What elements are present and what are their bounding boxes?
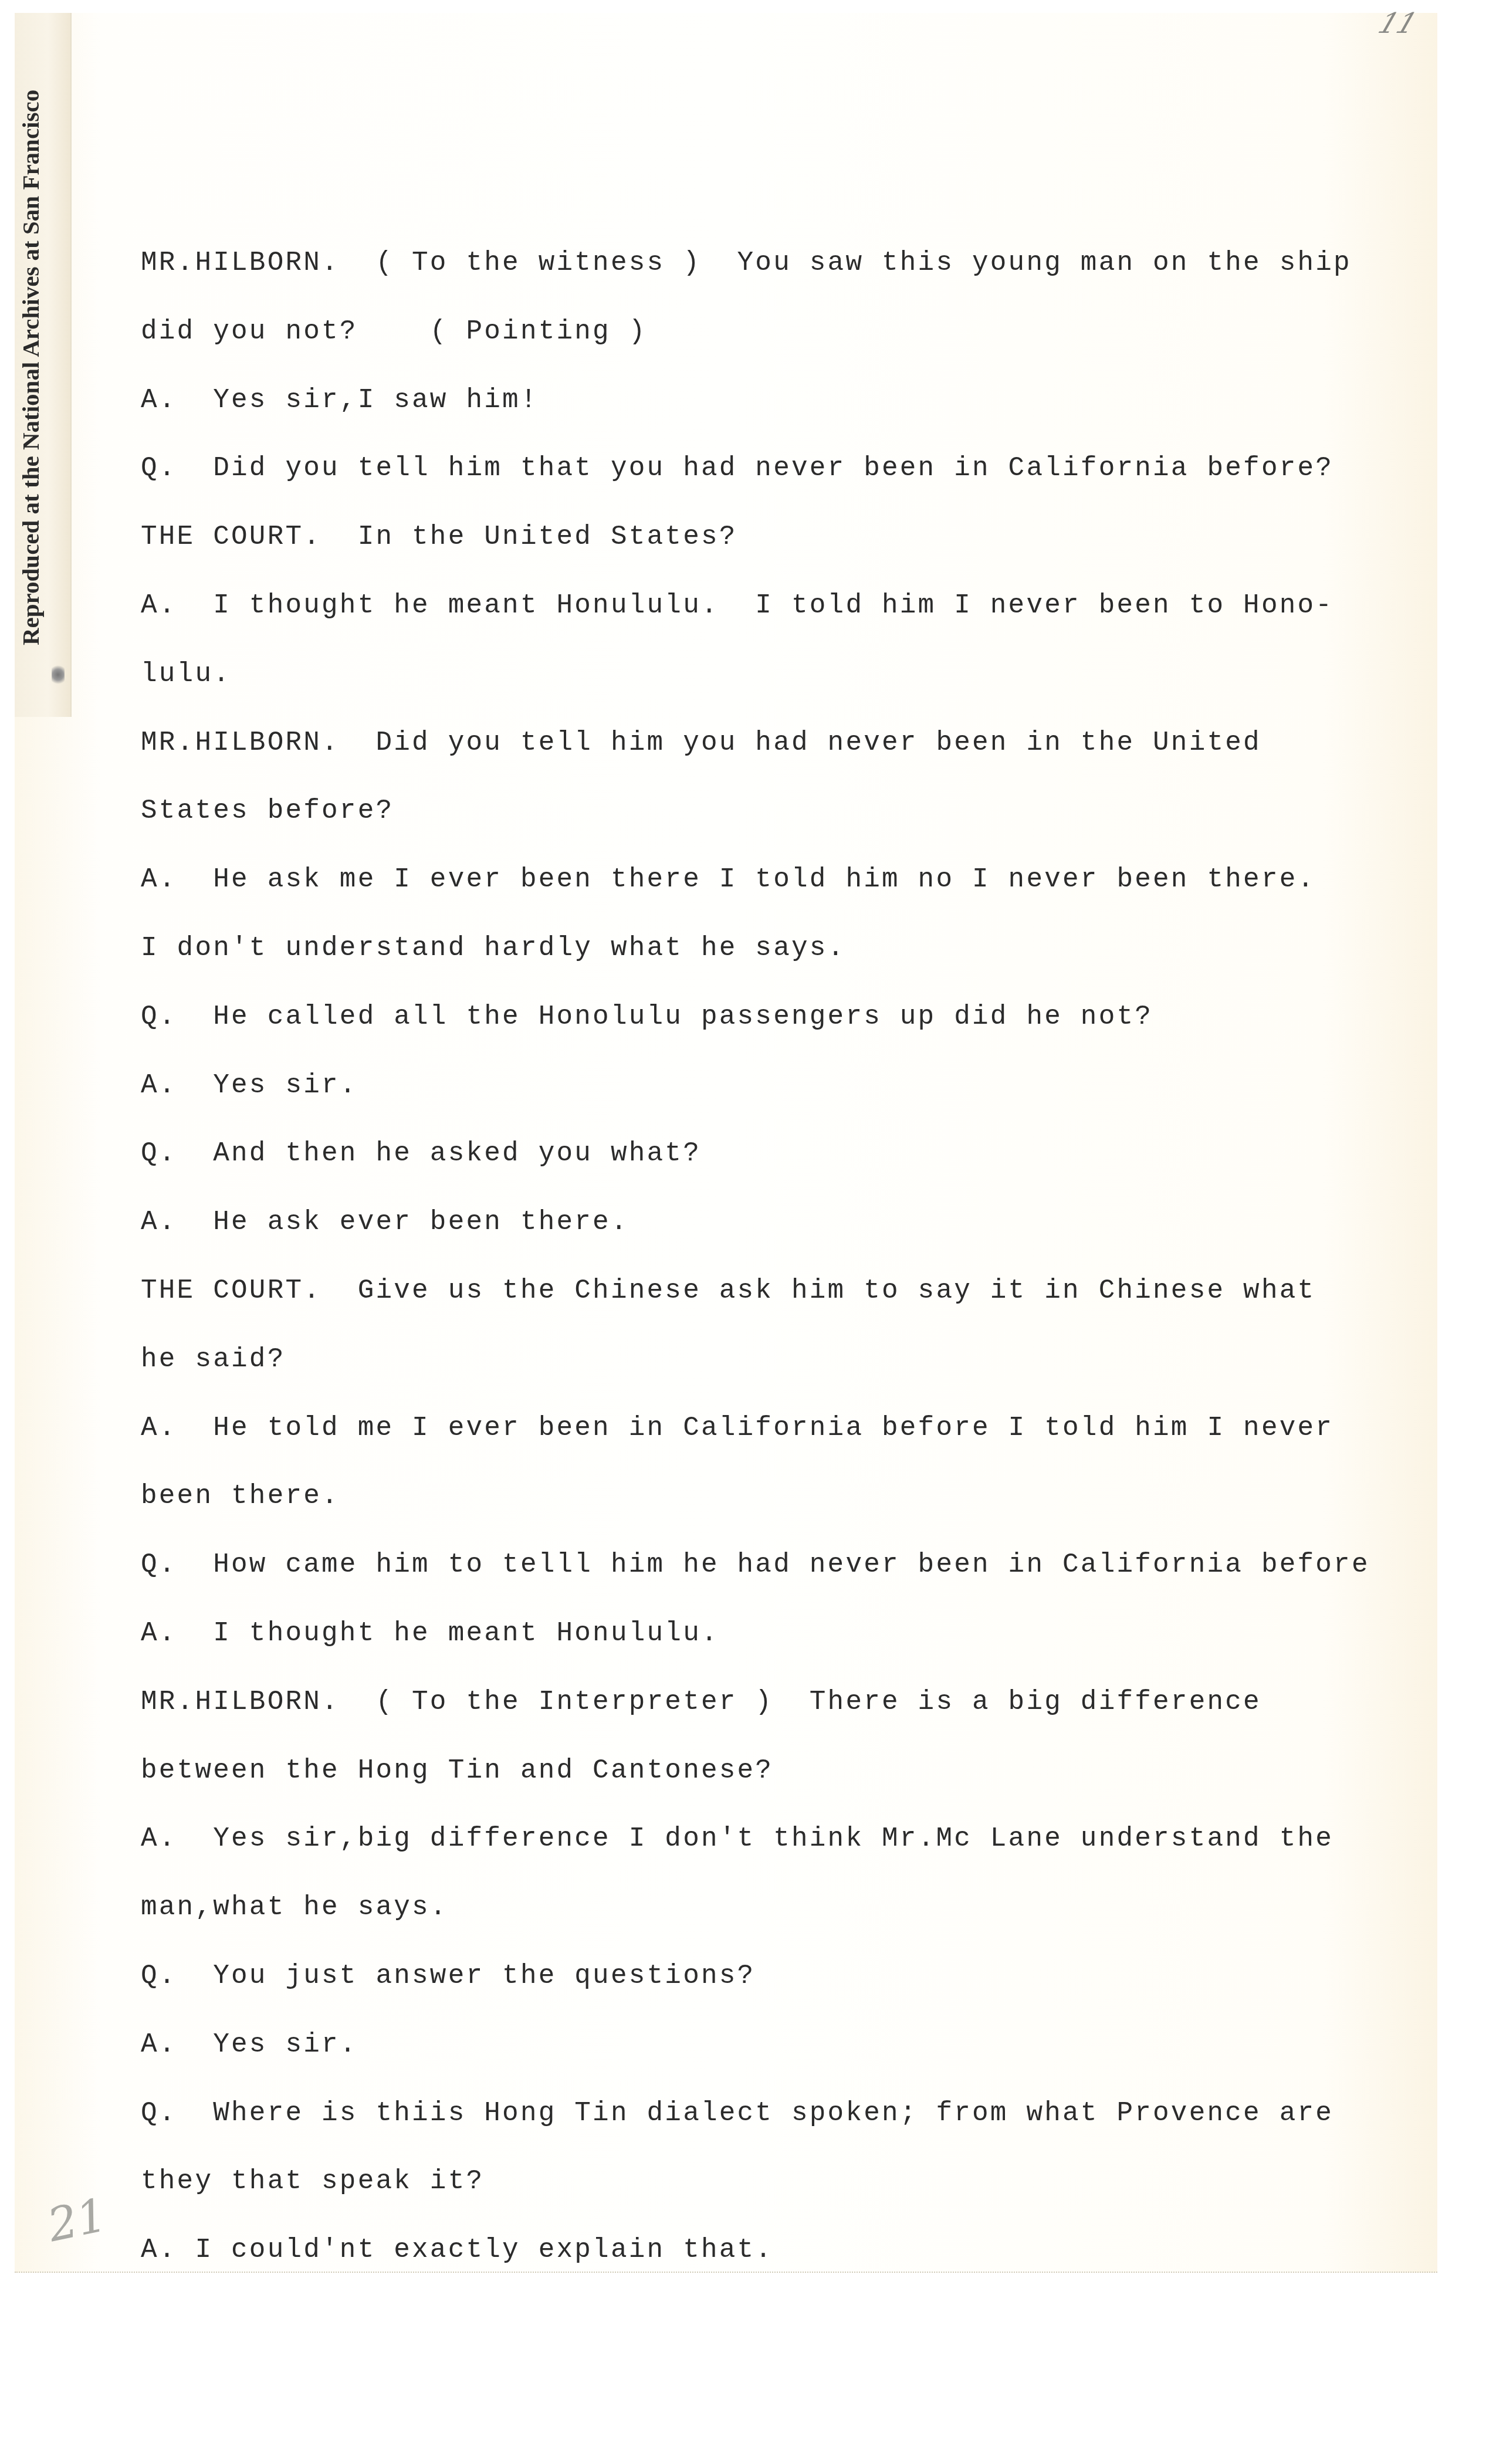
transcript-line: A. I could'nt exactly explain that.	[141, 2232, 1431, 2301]
transcript-line: A. Yes sir.	[141, 1068, 1431, 1136]
clip-mark-icon	[52, 663, 65, 686]
transcript-line: did you not? ( Pointing )	[141, 314, 1431, 383]
transcript-line: THE COURT. Give us the Chinese ask him t…	[141, 1273, 1431, 1342]
transcript-line: A. He ask ever been there.	[141, 1204, 1431, 1273]
transcript-line: MR.HILBORN. ( To the witness ) You saw t…	[141, 245, 1431, 314]
transcript-line: between the Hong Tin and Cantonese?	[141, 1753, 1431, 1822]
transcript-line: Q. Did you tell him that you had never b…	[141, 451, 1431, 519]
transcript-line: A. Yes sir,I saw him!	[141, 383, 1431, 451]
transcript-line: man,what he says.	[141, 1890, 1431, 1958]
transcript-line: been there.	[141, 1478, 1431, 1547]
transcript-line: lulu.	[141, 656, 1431, 725]
transcript-line: I don't understand hardly what he says.	[141, 930, 1431, 999]
transcript-line: Q. You just answer the questions?	[141, 1958, 1431, 2027]
transcript-line: MR.HILBORN. Did you tell him you had nev…	[141, 725, 1431, 794]
transcript-line: Q. He called all the Honolulu passengers…	[141, 999, 1431, 1068]
transcript-line: States before?	[141, 793, 1431, 862]
transcript-line: he said?	[141, 1342, 1431, 1410]
transcript-line: Q. Where is thiis Hong Tin dialect spoke…	[141, 2096, 1431, 2164]
transcript-line: Q. And then he asked you what?	[141, 1136, 1431, 1204]
transcript-line: A. I thought he meant Honululu. I told h…	[141, 588, 1431, 656]
archive-stamp: Reproduced at the National Archives at S…	[16, 90, 45, 645]
transcript-line: A. He ask me I ever been there I told hi…	[141, 862, 1431, 930]
transcript-line: MR.HILBORN. ( To the Interpreter ) There…	[141, 1684, 1431, 1753]
transcript-line: A. Yes sir,big difference I don't think …	[141, 1821, 1431, 1890]
transcript-line: A. Yes sir.	[141, 2027, 1431, 2096]
transcript-line: Q. How came him to telll him he had neve…	[141, 1547, 1431, 1616]
transcript-line: THE COURT. In the United States?	[141, 519, 1431, 588]
transcript-line: A. He told me I ever been in California …	[141, 1410, 1431, 1479]
transcript-body: MR.HILBORN. ( To the witness ) You saw t…	[141, 245, 1431, 2301]
transcript-line: A. I thought he meant Honululu.	[141, 1616, 1431, 1684]
transcript-line: they that speak it?	[141, 2164, 1431, 2232]
